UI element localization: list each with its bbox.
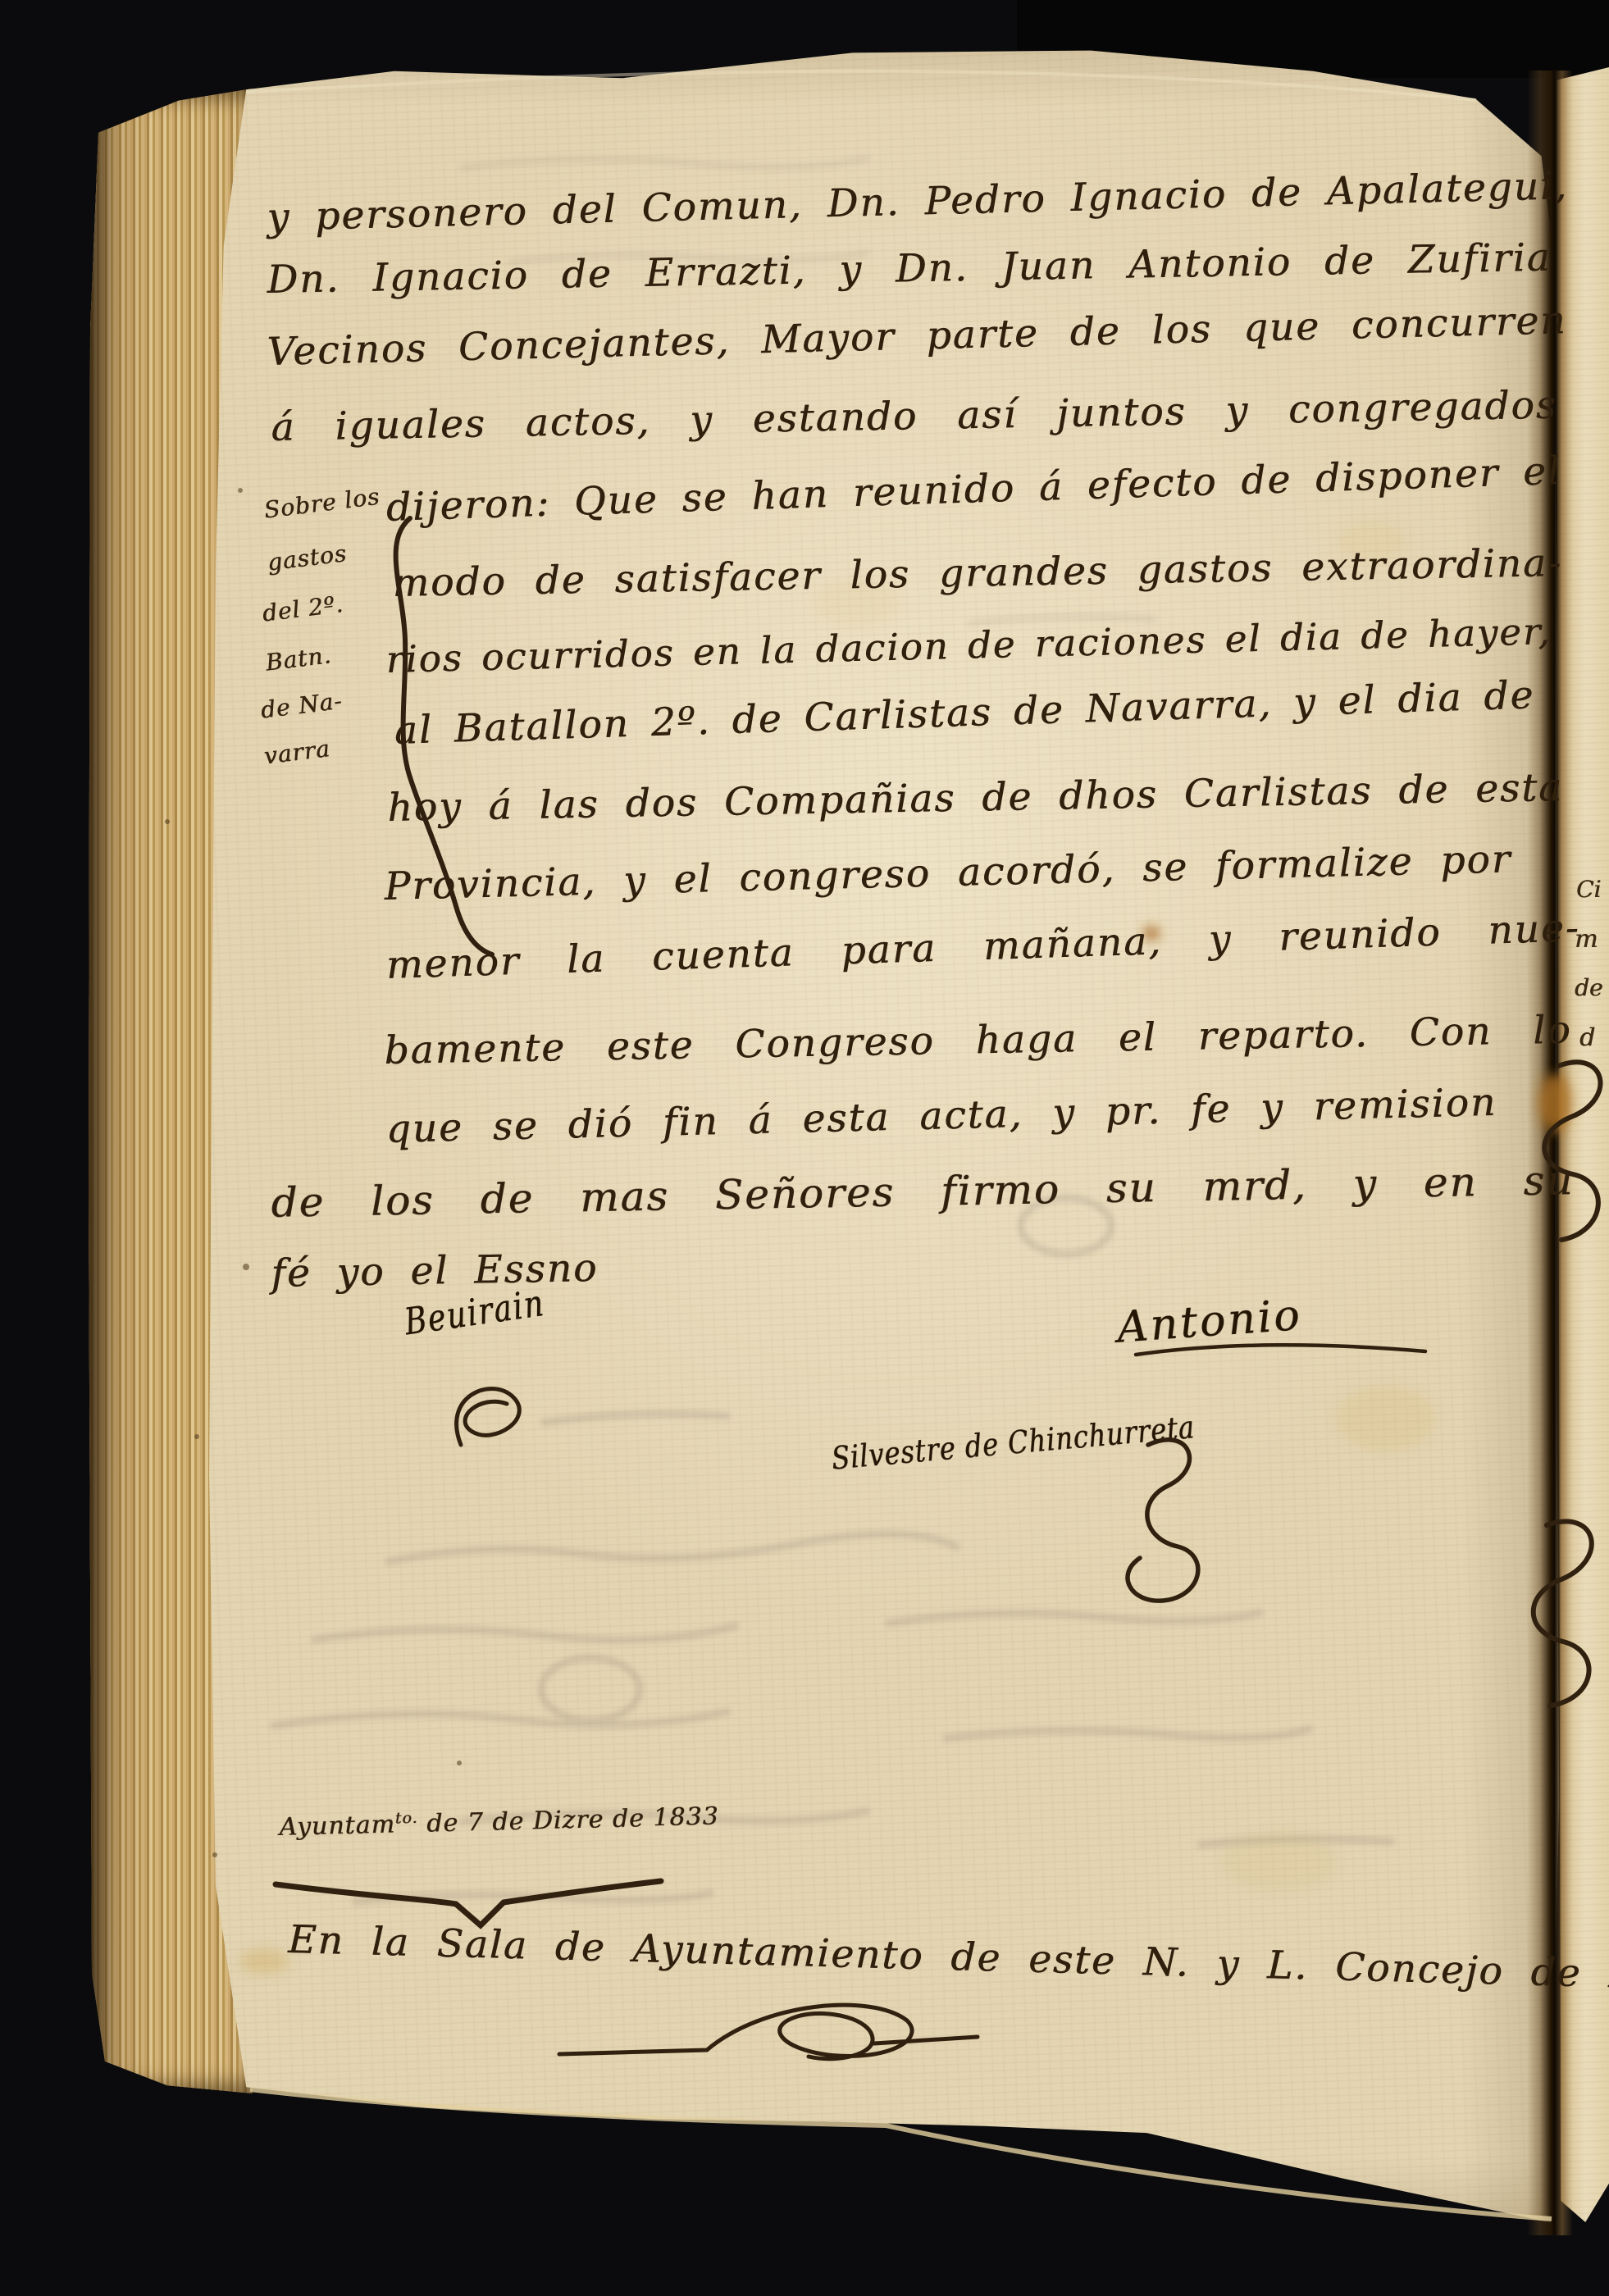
facing-page-text-fragment: de xyxy=(1575,974,1603,1001)
entry-date-superscript: to. xyxy=(394,1809,417,1828)
facing-page-text-fragment: m xyxy=(1575,925,1598,954)
scanned-manuscript-photo: Sobre los gastos del 2º. Batn. de Na- va… xyxy=(0,0,1609,2296)
body-line: fé yo el Essno xyxy=(271,1246,599,1296)
facing-page-text-fragment: d xyxy=(1579,1023,1595,1052)
facing-page-text-fragment: Ci xyxy=(1576,876,1601,903)
entry-date-base: Ayuntam xyxy=(279,1811,395,1842)
